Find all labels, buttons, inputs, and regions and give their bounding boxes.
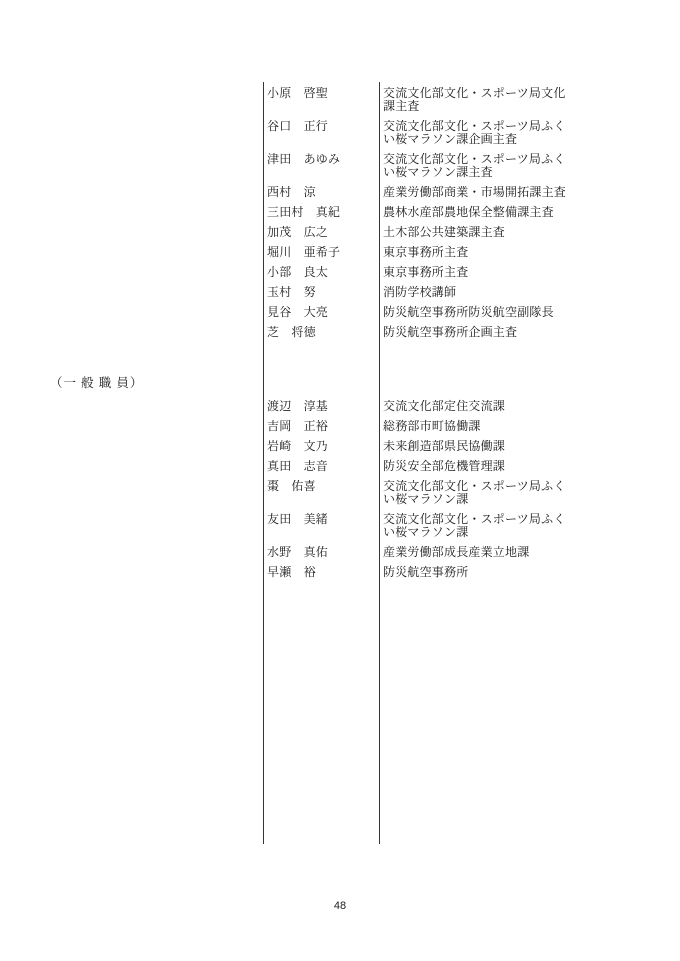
table-row: 吉岡 正裕 総務部市町協働課	[267, 420, 569, 433]
staff-name: 堀川 亜希子	[267, 246, 383, 259]
staff-dept: 東京事務所主査	[383, 246, 569, 259]
staff-name: 見谷 大亮	[267, 306, 383, 319]
staff-name: 西村 涼	[267, 186, 383, 199]
staff-name: 棗 佑喜	[267, 480, 383, 493]
table-row: 岩崎 文乃 未来創造部県民協働課	[267, 440, 569, 453]
page-number: 48	[0, 900, 680, 912]
table-row: 堀川 亜希子 東京事務所主査	[267, 246, 569, 259]
staff-dept: 総務部市町協働課	[383, 420, 569, 433]
staff-name: 小部 良太	[267, 266, 383, 279]
staff-name: 友田 美緒	[267, 513, 383, 526]
staff-dept: 交流文化部文化・スポーツ局ふくい桜マラソン課	[383, 513, 569, 539]
staff-dept: 未来創造部県民協働課	[383, 440, 569, 453]
staff-name: 小原 啓聖	[267, 87, 383, 100]
staff-table-section-2: 渡辺 淳基 交流文化部定住交流課 吉岡 正裕 総務部市町協働課 岩崎 文乃 未来…	[267, 400, 569, 586]
staff-dept: 産業労働部成長産業立地課	[383, 546, 569, 559]
staff-dept: 交流文化部文化・スポーツ局文化課主査	[383, 87, 569, 113]
staff-name: 加茂 広之	[267, 226, 383, 239]
table-row: 真田 志音 防災安全部危機管理課	[267, 460, 569, 473]
staff-dept: 消防学校講師	[383, 286, 569, 299]
column-divider-left	[263, 82, 264, 844]
staff-name: 三田村 真紀	[267, 206, 383, 219]
staff-dept: 交流文化部文化・スポーツ局ふくい桜マラソン課主査	[383, 153, 569, 179]
staff-name: 水野 真佑	[267, 546, 383, 559]
staff-dept: 東京事務所主査	[383, 266, 569, 279]
table-row: 玉村 努 消防学校講師	[267, 286, 569, 299]
staff-table-section-1: 小原 啓聖 交流文化部文化・スポーツ局文化課主査 谷口 正行 交流文化部文化・ス…	[267, 87, 569, 346]
staff-dept: 防災航空事務所	[383, 566, 569, 579]
staff-name: 渡辺 淳基	[267, 400, 383, 413]
section-label-general-staff: （一 般 職 員）	[50, 376, 143, 391]
staff-name: 吉岡 正裕	[267, 420, 383, 433]
staff-dept: 防災安全部危機管理課	[383, 460, 569, 473]
table-row: 西村 涼 産業労働部商業・市場開拓課主査	[267, 186, 569, 199]
staff-dept: 防災航空事務所企画主査	[383, 326, 569, 339]
staff-dept: 交流文化部定住交流課	[383, 400, 569, 413]
table-row: 津田 あゆみ 交流文化部文化・スポーツ局ふくい桜マラソン課主査	[267, 153, 569, 179]
table-row: 小原 啓聖 交流文化部文化・スポーツ局文化課主査	[267, 87, 569, 113]
table-row: 谷口 正行 交流文化部文化・スポーツ局ふくい桜マラソン課企画主査	[267, 120, 569, 146]
staff-name: 谷口 正行	[267, 120, 383, 133]
staff-name: 早瀬 裕	[267, 566, 383, 579]
table-row: 友田 美緒 交流文化部文化・スポーツ局ふくい桜マラソン課	[267, 513, 569, 539]
document-page: 小原 啓聖 交流文化部文化・スポーツ局文化課主査 谷口 正行 交流文化部文化・ス…	[0, 0, 680, 961]
staff-name: 岩崎 文乃	[267, 440, 383, 453]
staff-name: 芝 将徳	[267, 326, 383, 339]
table-row: 小部 良太 東京事務所主査	[267, 266, 569, 279]
table-row: 見谷 大亮 防災航空事務所防災航空副隊長	[267, 306, 569, 319]
table-row: 渡辺 淳基 交流文化部定住交流課	[267, 400, 569, 413]
staff-dept: 交流文化部文化・スポーツ局ふくい桜マラソン課企画主査	[383, 120, 569, 146]
table-row: 棗 佑喜 交流文化部文化・スポーツ局ふくい桜マラソン課	[267, 480, 569, 506]
table-row: 加茂 広之 土木部公共建築課主査	[267, 226, 569, 239]
table-row: 三田村 真紀 農林水産部農地保全整備課主査	[267, 206, 569, 219]
staff-name: 津田 あゆみ	[267, 153, 383, 166]
staff-name: 玉村 努	[267, 286, 383, 299]
staff-dept: 農林水産部農地保全整備課主査	[383, 206, 569, 219]
staff-dept: 産業労働部商業・市場開拓課主査	[383, 186, 569, 199]
staff-dept: 土木部公共建築課主査	[383, 226, 569, 239]
table-row: 水野 真佑 産業労働部成長産業立地課	[267, 546, 569, 559]
table-row: 芝 将徳 防災航空事務所企画主査	[267, 326, 569, 339]
staff-dept: 交流文化部文化・スポーツ局ふくい桜マラソン課	[383, 480, 569, 506]
staff-dept: 防災航空事務所防災航空副隊長	[383, 306, 569, 319]
staff-name: 真田 志音	[267, 460, 383, 473]
table-row: 早瀬 裕 防災航空事務所	[267, 566, 569, 579]
